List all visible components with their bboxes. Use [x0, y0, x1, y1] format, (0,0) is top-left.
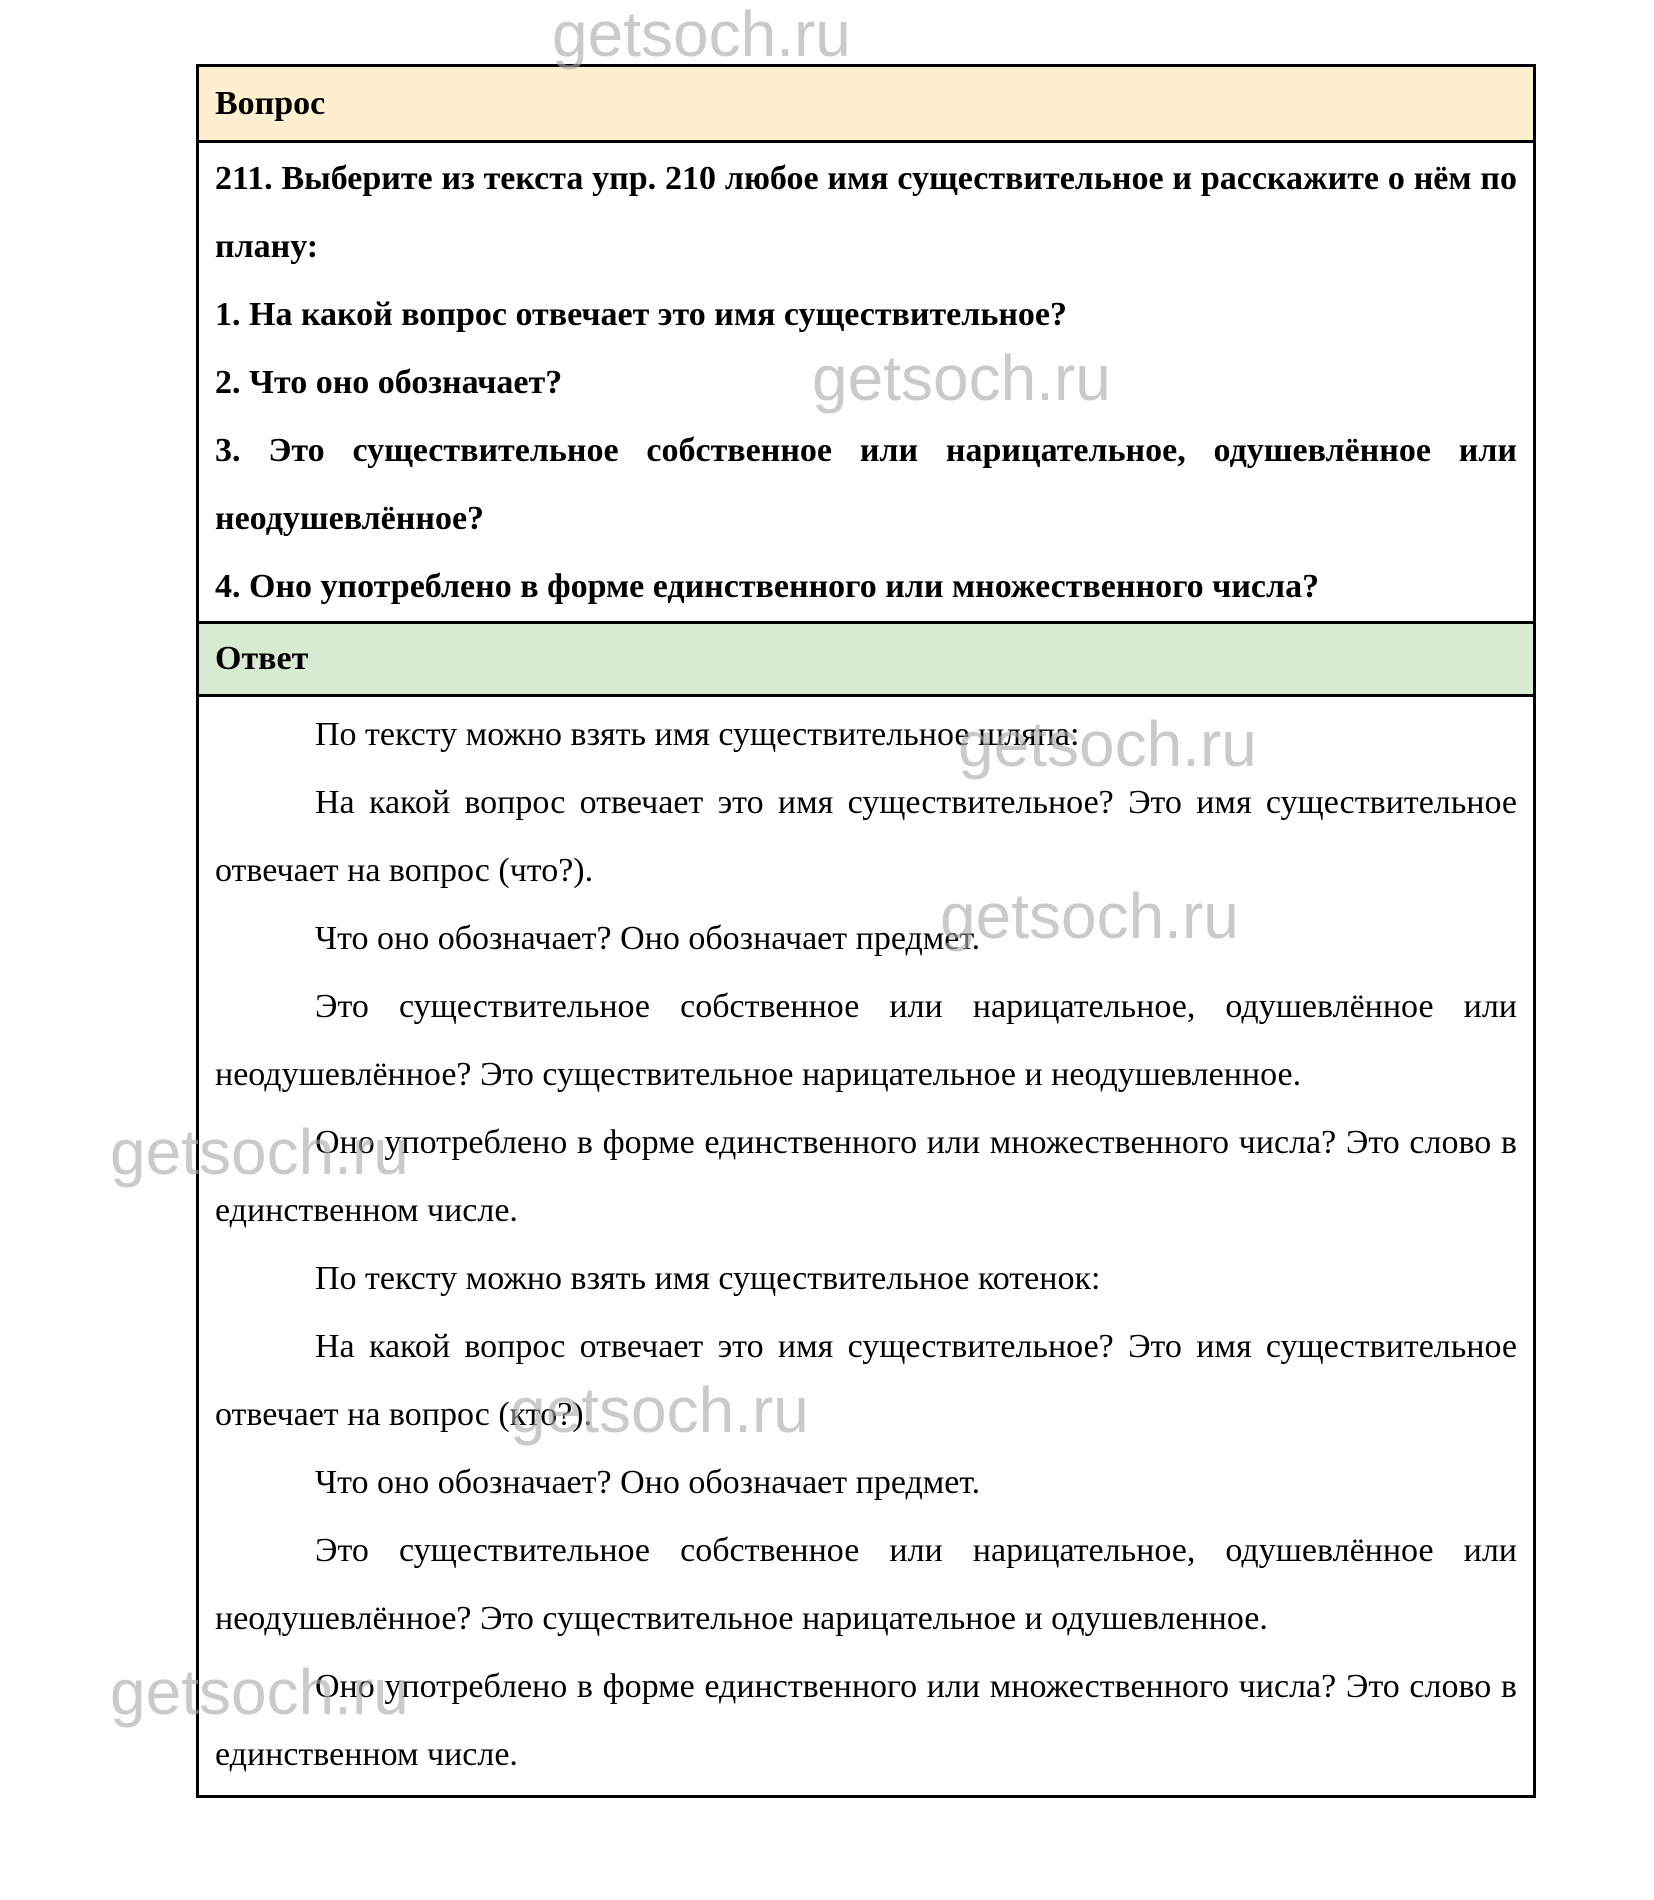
answer-header: Ответ	[199, 621, 1533, 697]
answer-paragraph: Оно употреблено в форме единственного ил…	[215, 1653, 1517, 1789]
answer-paragraph: Оно употреблено в форме единственного ил…	[215, 1109, 1517, 1245]
answer-paragraph: На какой вопрос отвечает это имя существ…	[215, 769, 1517, 905]
question-header-label: Вопрос	[215, 85, 325, 123]
question-item-2: 2. Что оно обозначает?	[215, 349, 1517, 417]
question-item-1: 1. На какой вопрос отвечает это имя суще…	[215, 281, 1517, 349]
question-item-3: 3. Это существительное собственное или н…	[215, 417, 1517, 553]
watermark: getsoch.ru	[552, 2, 851, 66]
answer-paragraph: Что оно обозначает? Оно обозначает предм…	[215, 1449, 1517, 1517]
qa-table: Вопрос 211. Выберите из текста упр. 210 …	[196, 64, 1536, 1798]
question-text: 211. Выберите из текста упр. 210 любое и…	[215, 145, 1517, 281]
answer-body: По тексту можно взять имя существительно…	[199, 697, 1533, 1795]
answer-paragraph: По тексту можно взять имя существительно…	[215, 701, 1517, 769]
answer-paragraph: Это существительное собственное или нари…	[215, 1517, 1517, 1653]
answer-paragraph: По тексту можно взять имя существительно…	[215, 1245, 1517, 1313]
question-header: Вопрос	[199, 67, 1533, 143]
question-item-4: 4. Оно употреблено в форме единственного…	[215, 553, 1517, 621]
question-body: 211. Выберите из текста упр. 210 любое и…	[199, 143, 1533, 621]
answer-paragraph: На какой вопрос отвечает это имя существ…	[215, 1313, 1517, 1449]
answer-paragraph: Это существительное собственное или нари…	[215, 973, 1517, 1109]
answer-paragraph: Что оно обозначает? Оно обозначает предм…	[215, 905, 1517, 973]
answer-header-label: Ответ	[215, 640, 308, 678]
